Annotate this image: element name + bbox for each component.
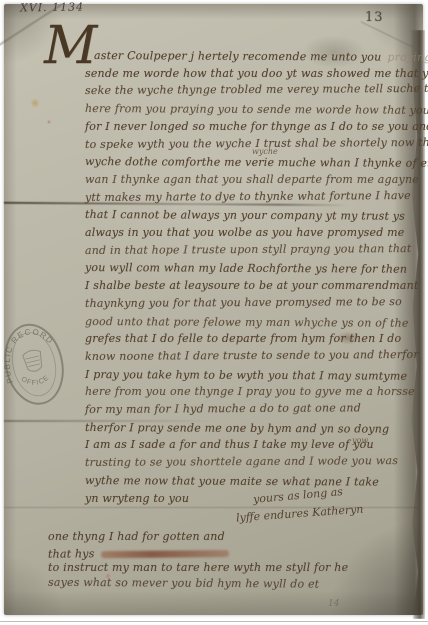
postscript-line: to instruct my man to tare here wyth me …	[48, 560, 418, 576]
manuscript-line-text: aster Coulpeper j hertely recomende me u…	[94, 49, 381, 64]
stamp-text-bottom: OFFICE	[19, 370, 52, 390]
manuscript-line: that I cannot be always yn your company …	[85, 206, 423, 225]
manuscript-line: thaynkyng you for that you have promysed…	[85, 293, 423, 313]
manuscript-line: for my man for I hyd muche a do to gat o…	[85, 399, 423, 419]
manuscript-scan: XVI. 1134 13 M aster Coulpeper j hertely…	[0, 0, 428, 625]
page-number-stamp: 13	[365, 10, 384, 25]
stamp-text-bottom-holder: OFFICE	[19, 370, 52, 390]
manuscript-line: seke the wyche thynge trobled me verey m…	[85, 80, 423, 100]
manuscript-line: always in you that you wolbe as you have…	[85, 224, 423, 242]
faded-line-tail: praying you to	[381, 51, 428, 64]
manuscript-line: wythe me now that youe maite se what pan…	[85, 472, 423, 491]
manuscript-line: I pray you take hym to be wyth you that …	[85, 366, 423, 385]
manuscript-line: aster Coulpeper j hertely recomende me u…	[85, 47, 423, 66]
postscript-line: one thyng I had for gotten and	[48, 529, 418, 545]
manuscript-line: know noone that I dare truste to sende t…	[85, 346, 423, 366]
manuscript-line: you wyll com whan my lade Rochforthe ys …	[85, 259, 423, 278]
letter-body: aster Coulpeper j hertely recomende me u…	[85, 47, 423, 507]
manuscript-line: and in that hope I truste upon styll pra…	[85, 240, 423, 260]
manuscript-line: here from you praying you to sende me wo…	[85, 100, 423, 119]
photo-border-rule	[0, 621, 428, 622]
folio-number: 14	[328, 599, 339, 609]
postscript-line: that hys	[48, 543, 418, 562]
interlinear-insertion: wyche	[252, 147, 278, 156]
manuscript-line: wan I thynke agan that you shall departe…	[85, 171, 423, 189]
manuscript-line: therfor I pray sende me one by hym and y…	[85, 419, 423, 438]
manuscript-line: wyche dothe comforthe me verie muche wha…	[85, 153, 423, 172]
stamp-text-top: PUBLIC RECORD	[0, 322, 63, 385]
postscript-line-text: that hys	[48, 547, 95, 560]
postscript-line: sayes what so mever you bid hym he wyll …	[48, 574, 418, 592]
manuscript-line: good unto that pore felowe my man whyche…	[85, 313, 423, 332]
manuscript-line: for I never longed so muche for thynge a…	[85, 118, 423, 136]
postscript-block: one thyng I had for gotten and that hys …	[48, 529, 418, 591]
stamp-text-top-holder: PUBLIC RECORD	[0, 322, 63, 385]
archive-reference: XVI. 1134	[20, 0, 84, 14]
manuscript-line: ytt makes my harte to dye to thynke what…	[85, 187, 423, 207]
interlinear-insertion: yow	[352, 436, 368, 445]
stamp-crest	[22, 349, 44, 374]
manuscript-line: trusting to se you shorttele agane and I…	[85, 452, 423, 472]
manuscript-line: I shalbe beste at leaysoure to be at you…	[85, 277, 423, 295]
crossed-out-smudge	[101, 549, 229, 557]
